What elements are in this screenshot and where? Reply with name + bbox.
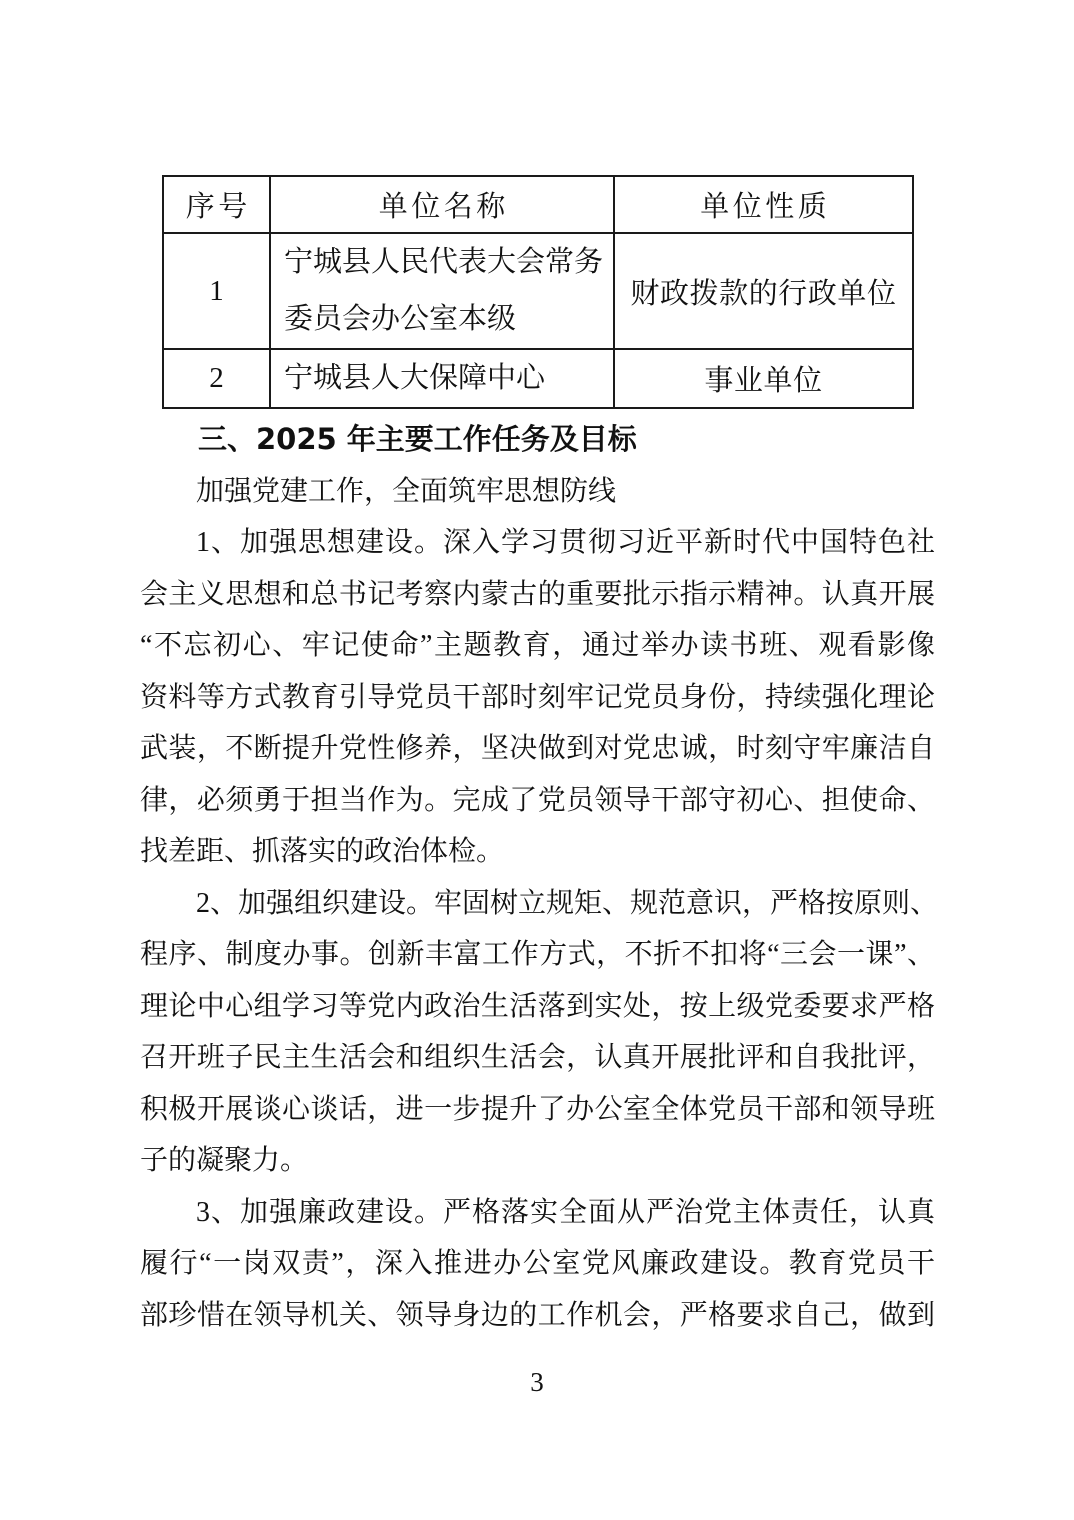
body-line: “不忘初心、牢记使命”主题教育，通过举办读书班、观看影像: [140, 620, 935, 672]
document-page: 序号 单位名称 单位性质 1 宁城县人民代表大会常务 委员会办公室本级 财政拨款…: [0, 0, 1074, 1520]
table-row: 2 宁城县人大保障中心 事业单位: [163, 349, 913, 408]
unit-name-line: 宁城县人大保障中心: [284, 350, 613, 407]
body-line: 1、加强思想建设。深入学习贯彻习近平新时代中国特色社: [140, 517, 935, 569]
unit-name-line: 宁城县人民代表大会常务: [284, 234, 613, 291]
body-line: 律，必须勇于担当作为。完成了党员领导干部守初心、担使命、: [140, 775, 935, 827]
body-line: 资料等方式教育引导党员干部时刻牢记党员身份，持续强化理论: [140, 672, 935, 724]
cell-unit-name: 宁城县人大保障中心: [270, 349, 614, 408]
body-line: 积极开展谈心谈话，进一步提升了办公室全体党员干部和领导班: [140, 1084, 935, 1136]
unit-name-line: 委员会办公室本级: [284, 291, 613, 348]
body-line: 程序、制度办事。创新丰富工作方式，不折不扣将“三会一课”、: [140, 929, 935, 981]
section-subheading: 加强党建工作，全面筑牢思想防线: [140, 466, 935, 518]
page-number: 3: [0, 1366, 1074, 1398]
body-line: 2、加强组织建设。牢固树立规矩、规范意识，严格按原则、: [140, 878, 935, 930]
body-line: 武装，不断提升党性修养，坚决做到对党忠诚，时刻守牢廉洁自: [140, 723, 935, 775]
body-line: 子的凝聚力。: [140, 1135, 935, 1187]
col-header-index: 序号: [163, 176, 270, 233]
cell-index: 1: [163, 233, 270, 349]
cell-unit-type: 事业单位: [614, 349, 913, 408]
col-header-unit-name: 单位名称: [270, 176, 614, 233]
body-line: 召开班子民主生活会和组织生活会，认真开展批评和自我批评，: [140, 1032, 935, 1084]
table-header-row: 序号 单位名称 单位性质: [163, 176, 913, 233]
body-line: 找差距、抓落实的政治体检。: [140, 826, 935, 878]
body-line: 履行“一岗双责”，深入推进办公室党风廉政建设。教育党员干: [140, 1238, 935, 1290]
body-line: 会主义思想和总书记考察内蒙古的重要批示指示精神。认真开展: [140, 569, 935, 621]
body-line: 3、加强廉政建设。严格落实全面从严治党主体责任，认真: [140, 1187, 935, 1239]
body-line: 理论中心组学习等党内政治生活落到实处，按上级党委要求严格: [140, 981, 935, 1033]
table-row: 1 宁城县人民代表大会常务 委员会办公室本级 财政拨款的行政单位: [163, 233, 913, 349]
document-body: 三、2025 年主要工作任务及目标 加强党建工作，全面筑牢思想防线 1、加强思想…: [140, 414, 935, 1341]
body-line: 部珍惜在领导机关、领导身边的工作机会，严格要求自己，做到: [140, 1290, 935, 1342]
col-header-unit-type: 单位性质: [614, 176, 913, 233]
cell-unit-name: 宁城县人民代表大会常务 委员会办公室本级: [270, 233, 614, 349]
cell-unit-type: 财政拨款的行政单位: [614, 233, 913, 349]
cell-index: 2: [163, 349, 270, 408]
section-heading: 三、2025 年主要工作任务及目标: [140, 414, 935, 466]
units-table: 序号 单位名称 单位性质 1 宁城县人民代表大会常务 委员会办公室本级 财政拨款…: [162, 175, 914, 409]
